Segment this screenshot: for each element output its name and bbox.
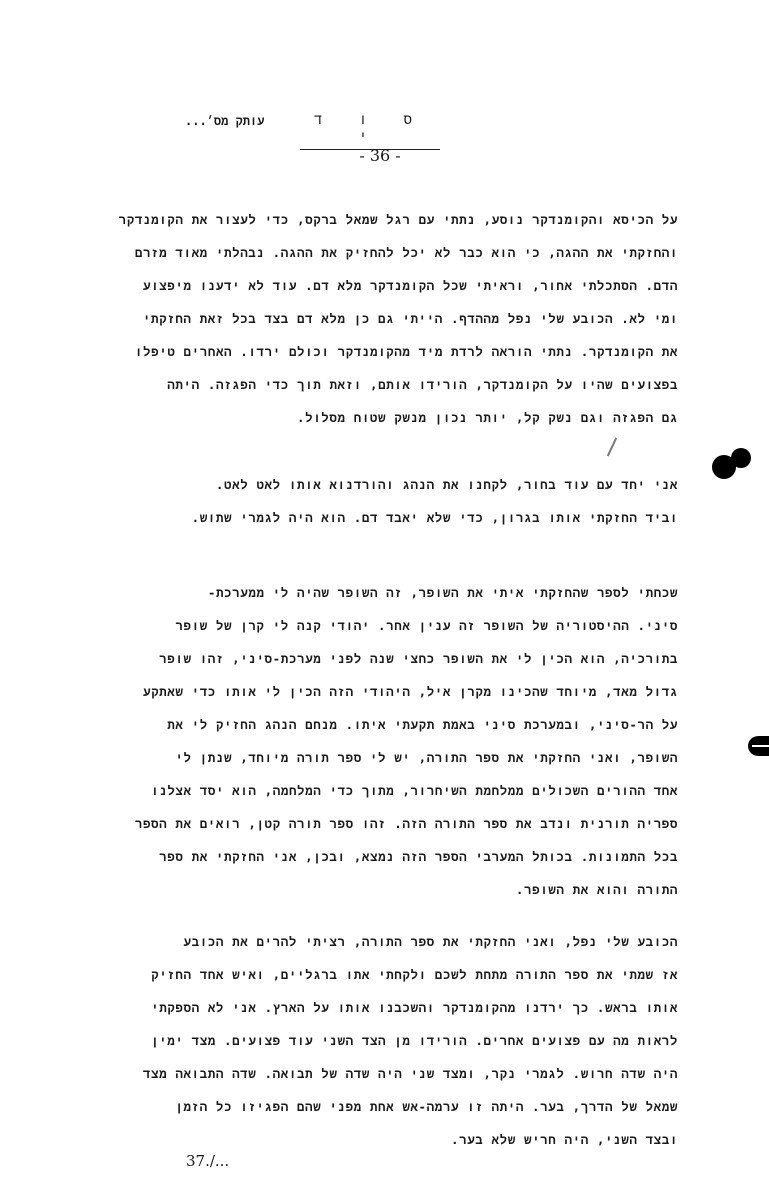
pen-mark [607, 438, 617, 457]
text-line: גם הפגזה וגם נשק קל, יותר נכון מנשק שטוח… [110, 401, 678, 434]
text-line: סיני. ההיסטוריה של השופר זה ענין אחר. יה… [110, 609, 678, 642]
punch-hole [748, 736, 769, 756]
text-line: שמאל של הדרך, בער. היתה זו ערמה-אש אחת מ… [110, 1090, 678, 1123]
text-line: ספריה תורנית ונדב את ספר התורה הזה. זהו … [110, 807, 678, 840]
text-line: אני יחד עם עוד בחור, לקחנו את הנהג והורד… [110, 468, 678, 501]
text-line: התורה והוא את השופר. [110, 873, 678, 906]
paragraph-1: על הכיסא והקומנדקר נוסע, נתתי עם רגל שמא… [110, 203, 678, 434]
text-line: בכל התמונות. בכותל המערבי הספר הזה נמצא,… [110, 840, 678, 873]
text-line: הדם. הסתכלתי אחור, וראיתי שכל הקומנדקר מ… [110, 269, 678, 302]
text-line: וביד החזקתי אותו בגרון, כדי שלא יאבד דם.… [110, 501, 678, 534]
text-line: בפצועים שהיו על הקומנדקר, הורידו אותם, ו… [110, 368, 678, 401]
text-line: היה שדה חרוש. לגמרי נקר, ומצד שני היה שד… [110, 1057, 678, 1090]
classification-heading: ס ו ד י [300, 112, 440, 150]
paragraph-4: הכובע שלי נפל, ואני החזקתי את ספר התורה,… [110, 925, 678, 1156]
text-line: אותו בראש. כך ירדנו מהקומנדקר והשכבנו או… [110, 991, 678, 1024]
continuation-marker: 37./... [186, 1152, 229, 1170]
text-line: לראות מה עם פצועים אחרים. הורידו מן הצד … [110, 1024, 678, 1057]
text-line: אחד ההורים השכולים ממלחמת השיחרור, מתוך … [110, 774, 678, 807]
text-line: הכובע שלי נפל, ואני החזקתי את ספר התורה,… [110, 925, 678, 958]
text-line: את הקומנדקר. נתתי הוראה לרדת מיד מהקומנד… [110, 335, 678, 368]
text-line: גדול מאד, מיוחד שהכינו מקרן איל, היהודי … [110, 675, 678, 708]
page-number: - 36 - [340, 146, 420, 165]
text-line: בתורכיה, הוא הכין לי את השופר כחצי שנה ל… [110, 642, 678, 675]
paragraph-3: שכחתי לספר שהחזקתי איתי את השופר, זה השו… [110, 540, 678, 906]
text-line: אז שמתי את ספר התורה מתחת לשכם ולקחתי את… [110, 958, 678, 991]
paragraph-2: אני יחד עם עוד בחור, לקחנו את הנהג והורד… [110, 468, 678, 534]
text-line: על הכיסא והקומנדקר נוסע, נתתי עם רגל שמא… [110, 203, 678, 236]
copy-number-label: עותק מס׳... [185, 114, 264, 129]
text-line: והחזקתי את ההגה, כי הוא כבר לא יכל להחזי… [110, 236, 678, 269]
text-line: ומי לא. הכובע שלי נפל מההדף. הייתי גם כן… [110, 302, 678, 335]
text-line: השופר, ואני החזקתי את ספר התורה, יש לי ס… [110, 741, 678, 774]
text-line: שכחתי לספר שהחזקתי איתי את השופר, זה השו… [110, 576, 678, 609]
text-line: על הר-סיני, ובמערכת סיני באמת תקעתי איתו… [110, 708, 678, 741]
document-page: ס ו ד י עותק מס׳... - 36 - על הכיסא והקו… [0, 0, 769, 1200]
punch-hole [731, 448, 751, 468]
